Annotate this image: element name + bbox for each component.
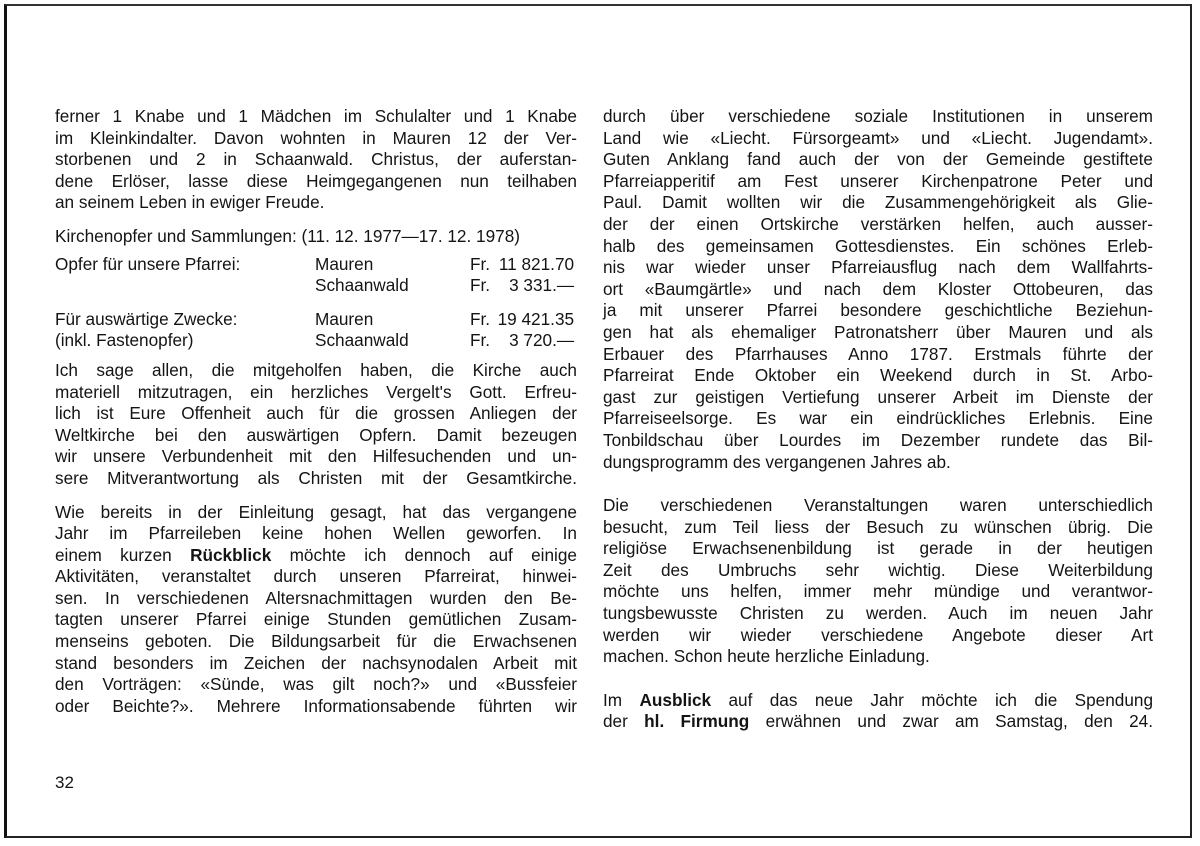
text-line: den Vorträgen: «Sünde, was gilt noch?» u…	[55, 674, 577, 696]
row-currency: Fr.	[470, 275, 490, 295]
text-line: besucht, zum Teil liess der Besuch zu wü…	[603, 517, 1153, 539]
text-line: Jahr im Pfarreileben keine hohen Wellen …	[55, 523, 577, 545]
row-place: Mauren	[315, 309, 373, 331]
text-line: Zeit des Umbruchs sehr wichtig. Diese We…	[603, 560, 1153, 582]
text-line: Ich sage allen, die mitgeholfen haben, d…	[55, 360, 577, 382]
text-line: Im Ausblick auf das neue Jahr möchte ich…	[603, 690, 1153, 712]
row-amount: 11 821.70	[490, 254, 574, 276]
text-line: möchte uns helfen, immer mehr mündige un…	[603, 581, 1153, 603]
text-line: menseins geboten. Die Bildungsarbeit für…	[55, 631, 577, 653]
text-line: der hl. Firmung erwähnen und zwar am Sam…	[603, 711, 1153, 733]
left-column: ferner 1 Knabe und 1 Mädchen im Schulalt…	[55, 106, 577, 717]
text-line: sere Mitverantwortung als Christen mit d…	[55, 468, 577, 490]
paragraph-deaths: ferner 1 Knabe und 1 Mädchen im Schulalt…	[55, 106, 577, 214]
text-line: einem kurzen Rückblick möchte ich dennoc…	[55, 545, 577, 567]
text-line: tagten unserer Pfarrei einige Stunden ge…	[55, 609, 577, 631]
text-line: Paul. Damit wollten wir die Zusammengehö…	[603, 192, 1153, 214]
text-line: an seinem Leben in ewiger Freude.	[55, 192, 577, 214]
text-line: machen. Schon heute herzliche Einladung.	[603, 646, 1153, 668]
row-place: Schaanwald	[315, 330, 409, 352]
text-fragment: der	[603, 711, 644, 731]
text-line: halb des gemeinsamen Gottesdienstes. Ein…	[603, 236, 1153, 258]
right-column: durch über verschiedene soziale Institut…	[603, 106, 1153, 733]
text-fragment: auf das neue Jahr möchte ich die Spendun…	[711, 690, 1153, 710]
text-line: wir unsere Verbundenheit mit den Hilfesu…	[55, 446, 577, 468]
keyword-ausblick: Ausblick	[639, 690, 711, 710]
text-line: Wie bereits in der Einleitung gesagt, ha…	[55, 502, 577, 524]
text-line: nis war wieder unser Pfarreiausflug nach…	[603, 257, 1153, 279]
text-line: der der einen Ortskirche verstärken helf…	[603, 214, 1153, 236]
row-currency: Fr.	[470, 254, 490, 274]
text-line: Pfarreiapperitif am Fest unserer Kirchen…	[603, 171, 1153, 193]
text-line: durch über verschiedene soziale Institut…	[603, 106, 1153, 128]
text-fragment: einem kurzen	[55, 545, 190, 565]
text-line: Land wie «Liecht. Fürsorgeamt» und «Liec…	[603, 128, 1153, 150]
keyword-firmung: hl. Firmung	[644, 711, 749, 731]
row-place: Schaanwald	[315, 275, 409, 297]
text-line: religiöse Erwachsenenbildung ist gerade …	[603, 538, 1153, 560]
text-line: oder Beichte?». Mehrere Informationsaben…	[55, 696, 577, 718]
collections-table: Opfer für unsere Pfarrei: Mauren Fr.11 8…	[55, 254, 577, 352]
text-line: tungsbewusste Christen zu werden. Auch i…	[603, 603, 1153, 625]
text-fragment: Im	[603, 690, 639, 710]
paragraph-thanks: Ich sage allen, die mitgeholfen haben, d…	[55, 360, 577, 490]
text-line: ort «Baumgärtle» und nach dem Kloster Ot…	[603, 279, 1153, 301]
paragraph-outlook: Im Ausblick auf das neue Jahr möchte ich…	[603, 690, 1153, 733]
text-line: Erbauer des Pfarrhauses Anno 1787. Erstm…	[603, 344, 1153, 366]
page-number: 32	[55, 773, 74, 793]
text-line: ja mit unserer Pfarrei besondere geschic…	[603, 300, 1153, 322]
row-label: (inkl. Fastenopfer)	[55, 330, 194, 352]
text-line: ferner 1 Knabe und 1 Mädchen im Schulalt…	[55, 106, 577, 128]
text-line: Pfarreiseelsorge. Es war ein eindrücklic…	[603, 408, 1153, 430]
text-line: storbenen und 2 in Schaanwald. Christus,…	[55, 149, 577, 171]
text-line: stand besonders im Zeichen der nachsynod…	[55, 653, 577, 675]
text-line: sen. In verschiedenen Altersnachmittagen…	[55, 588, 577, 610]
text-line: Weltkirche bei den auswärtigen Opfern. D…	[55, 425, 577, 447]
paragraph-activities: durch über verschiedene soziale Institut…	[603, 106, 1153, 473]
paragraph-events: Die verschiedenen Veranstaltungen waren …	[603, 495, 1153, 668]
row-label: Für auswärtige Zwecke:	[55, 309, 237, 331]
table-row: Für auswärtige Zwecke: Mauren Fr.19 421.…	[55, 309, 577, 331]
text-line: Pfarreirat Ende Oktober ein Weekend durc…	[603, 365, 1153, 387]
table-row: Schaanwald Fr.3 331.—	[55, 275, 577, 297]
collections-heading: Kirchenopfer und Sammlungen: (11. 12. 19…	[55, 226, 577, 248]
text-line: lich ist Eure Offenheit auch für die gro…	[55, 403, 577, 425]
text-line: gen hat als ehemaliger Patronatsherr übe…	[603, 322, 1153, 344]
text-line: Die verschiedenen Veranstaltungen waren …	[603, 495, 1153, 517]
text-line: dungsprogramm des vergangenen Jahres ab.	[603, 452, 1153, 474]
table-row: (inkl. Fastenopfer) Schaanwald Fr.3 720.…	[55, 330, 577, 352]
text-line: Aktivitäten, veranstaltet durch unseren …	[55, 566, 577, 588]
text-line: Guten Anklang fand auch der von der Geme…	[603, 149, 1153, 171]
row-currency: Fr.	[470, 309, 490, 329]
row-label: Opfer für unsere Pfarrei:	[55, 254, 240, 276]
text-fragment: möchte ich dennoch auf einige	[271, 545, 577, 565]
row-amount: 3 720.—	[490, 330, 574, 352]
text-line: gast zur geistigen Vertiefung unserer Ar…	[603, 387, 1153, 409]
text-line: werden wir wieder verschiedene Angebote …	[603, 625, 1153, 647]
text-line: dene Erlöser, lasse diese Heimgegangenen…	[55, 171, 577, 193]
row-amount: 19 421.35	[490, 309, 574, 331]
text-line: im Kleinkindalter. Davon wohnten in Maur…	[55, 128, 577, 150]
row-amount: 3 331.—	[490, 275, 574, 297]
table-row: Opfer für unsere Pfarrei: Mauren Fr.11 8…	[55, 254, 577, 276]
text-line: materiell mitzutragen, ein herzliches Ve…	[55, 382, 577, 404]
text-line: Tonbildschau über Lourdes im Dezember ru…	[603, 430, 1153, 452]
row-currency: Fr.	[470, 330, 490, 350]
keyword-rueckblick: Rückblick	[190, 545, 271, 565]
paragraph-review: Wie bereits in der Einleitung gesagt, ha…	[55, 502, 577, 718]
row-place: Mauren	[315, 254, 373, 276]
text-fragment: erwähnen und zwar am Samstag, den 24.	[749, 711, 1153, 731]
